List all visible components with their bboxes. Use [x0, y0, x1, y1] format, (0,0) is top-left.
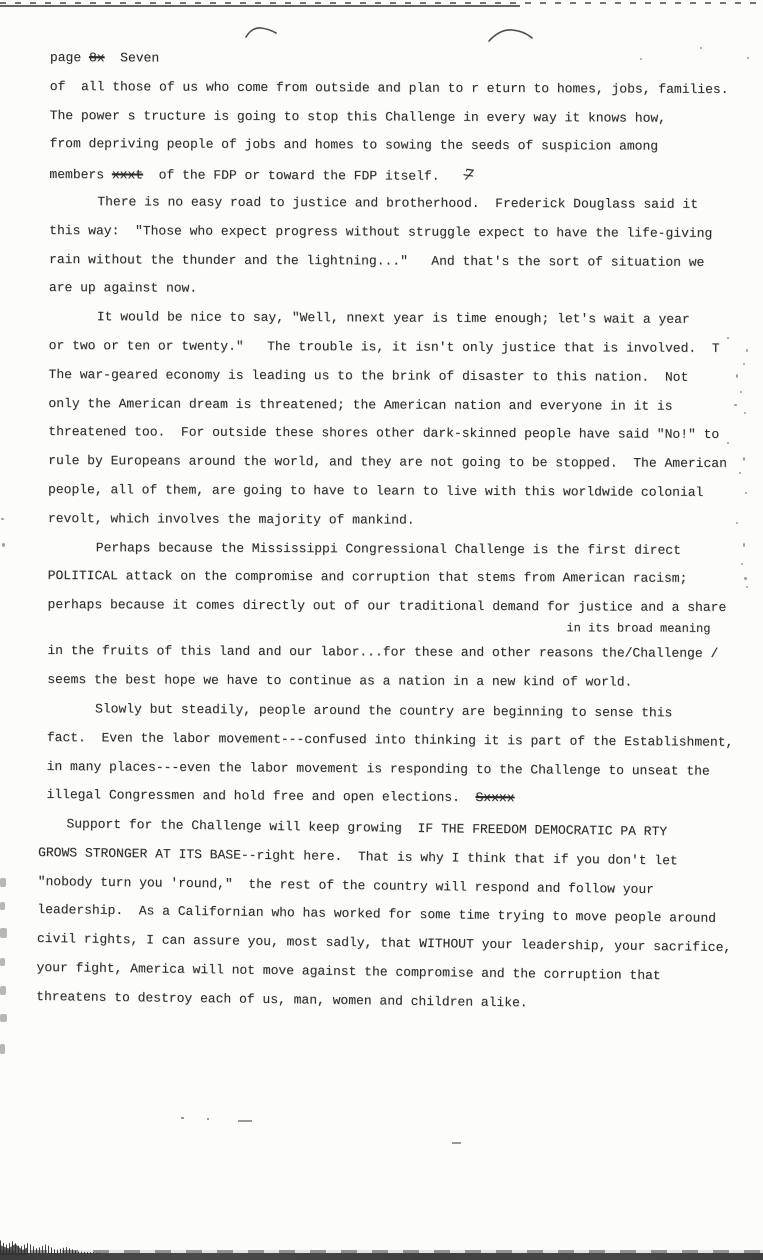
faint-pencil-dash [452, 1142, 461, 1144]
typewritten-text: page 8x Sevenof all those of us who come… [0, 44, 763, 1015]
text-line: revolt, which involves the majority of m… [48, 505, 751, 537]
pen-squiggle-left-icon [243, 24, 281, 42]
text-line: rule by Europeans around the world, and … [48, 447, 751, 479]
scan-speck [743, 457, 745, 461]
text-segment: in the fruits of this land and our labor… [47, 643, 718, 661]
paragraph-6: Support for the Challenge will keep grow… [36, 810, 750, 1021]
text-segment: "nobody turn you 'round," the rest of th… [38, 873, 654, 896]
text-segment: civil rights, I can assure you, most sad… [37, 931, 731, 955]
text-line: from depriving people of jobs and homes … [49, 130, 752, 162]
scan-speck [736, 374, 738, 378]
text-segment: The war-geared economy is leading us to … [49, 367, 689, 385]
left-margin-smudge [0, 902, 5, 910]
paragraph-1: of all those of us who come from outside… [49, 73, 752, 191]
text-line: rain without the thunder and the lightni… [49, 246, 752, 278]
text-segment: Support for the Challenge will keep grow… [66, 816, 667, 839]
text-line: threatened too. For outside these shores… [48, 418, 751, 450]
text-segment: members [49, 167, 111, 182]
faint-pencil-dash [238, 1120, 252, 1122]
header: page 8x Seven [50, 44, 753, 76]
scan-speck [746, 586, 748, 588]
text-line: Perhaps because the Mississippi Congress… [48, 534, 751, 566]
text-segment: Perhaps because the Mississippi Congress… [96, 540, 681, 558]
scan-speck [746, 349, 748, 352]
text-line: The power s tructure is going to stop th… [50, 102, 753, 134]
scan-speck [743, 363, 745, 365]
text-line: seems the best hope we have to continue … [47, 666, 750, 698]
struck-text: xxxt [112, 167, 143, 182]
left-margin-smudge [0, 958, 5, 966]
scan-speck [740, 391, 742, 393]
typewritten-page: page 8x Sevenof all those of us who come… [0, 0, 763, 1260]
text-line: only the American dream is threatened; t… [48, 390, 751, 422]
left-margin-smudge [0, 928, 7, 938]
text-line: illegal Congressmen and hold free and op… [46, 781, 749, 815]
paragraph-5: Slowly but steadily, people around the c… [46, 695, 750, 815]
text-segment: leadership. As a Californian who has wor… [37, 902, 716, 926]
scan-speck [2, 543, 5, 547]
text-line: Slowly but steadily, people around the c… [47, 695, 750, 729]
text-segment: in its broad meaning [566, 621, 710, 636]
top-scan-edge-dashes [0, 2, 763, 4]
text-segment: illegal Congressmen and hold free and op… [46, 787, 475, 805]
scan-speck [739, 472, 741, 474]
scan-speck [734, 404, 737, 406]
text-segment: are up against now. [49, 280, 197, 296]
scan-speck [1, 518, 4, 520]
text-segment: only the American dream is threatened; t… [48, 396, 672, 414]
left-margin-smudge [0, 1014, 7, 1022]
text-segment: It would be nice to say, "Well, nnext ye… [97, 309, 690, 327]
scan-speck [736, 522, 738, 524]
text-line: The war-geared economy is leading us to … [48, 361, 751, 393]
text-line: this way: "Those who expect progress wit… [49, 217, 752, 249]
text-segment: Slowly but steadily, people around the c… [95, 701, 672, 720]
text-line: fact. Even the labor movement---confused… [47, 723, 750, 757]
paragraph-2: There is no easy road to justice and bro… [49, 188, 752, 306]
text-segment: of all those of us who come from outside… [50, 79, 729, 97]
text-segment: revolt, which involves the majority of m… [48, 511, 415, 528]
text-segment: your fight, America will not move agains… [36, 960, 660, 983]
text-line: There is no easy road to justice and bro… [49, 188, 752, 220]
scan-speck [727, 442, 729, 444]
faint-pencil-dash [207, 1118, 209, 1120]
struck-text: 8x [89, 50, 105, 65]
text-line: in the fruits of this land and our labor… [47, 637, 750, 669]
text-segment: rain without the thunder and the lightni… [49, 252, 704, 270]
text-line: It would be nice to say, "Well, nnext ye… [49, 303, 752, 335]
scan-speck [744, 577, 747, 580]
text-segment: in many places---even the labor movement… [47, 758, 710, 778]
text-line: or two or ten or twenty." The trouble is… [49, 332, 752, 364]
paragraph-3: It would be nice to say, "Well, nnext ye… [48, 303, 752, 536]
scan-speck [743, 543, 745, 547]
scan-speck [747, 57, 749, 59]
left-margin-smudge [0, 1044, 5, 1054]
scan-speck [700, 47, 702, 49]
pen-squiggle-right-icon [486, 26, 536, 46]
text-segment: perhaps because it comes directly out of… [48, 597, 727, 615]
text-line: page 8x Seven [50, 44, 753, 76]
text-segment: this way: "Those who expect progress wit… [49, 223, 712, 241]
faint-pencil-dash [181, 1117, 184, 1119]
top-scan-edge-line [0, 5, 520, 7]
text-line: POLITICAL attack on the compromise and c… [48, 562, 751, 594]
text-line: in many places---even the labor movement… [47, 752, 750, 786]
text-segment: people, all of them, are going to have t… [48, 482, 703, 500]
text-segment: or two or ten or twenty." The trouble is… [49, 338, 720, 356]
text-line: are up against now. [49, 274, 752, 306]
text-line: of all those of us who come from outside… [50, 73, 753, 105]
text-segment: fact. Even the labor movement---confused… [47, 729, 734, 749]
text-segment: threatens to destroy each of us, man, wo… [36, 988, 528, 1009]
text-segment: seems the best hope we have to continue … [47, 672, 632, 690]
scan-speck [640, 58, 642, 60]
left-margin-smudge [0, 878, 6, 887]
paragraph-4: Perhaps because the Mississippi Congress… [47, 534, 751, 698]
scan-speck [745, 492, 747, 494]
bottom-scan-band [0, 1253, 763, 1260]
text-line: perhaps because it comes directly out of… [47, 591, 750, 623]
text-segment: There is no easy road to justice and bro… [97, 194, 698, 212]
text-line: people, all of them, are going to have t… [48, 476, 751, 508]
text-segment: rule by Europeans around the world, and … [48, 453, 727, 471]
scan-speck [727, 337, 729, 339]
struck-text: Sxxxx [475, 790, 514, 805]
left-margin-smudge [0, 986, 6, 995]
text-line: members xxxt of the FDP or toward the FD… [49, 159, 752, 191]
text-segment: GROWS STRONGER AT ITS BASE--right here. … [38, 844, 678, 867]
text-segment: The power s tructure is going to stop th… [50, 108, 666, 126]
text-segment: threatened too. For outside these shores… [48, 424, 719, 442]
text-segment: POLITICAL attack on the compromise and c… [48, 568, 688, 586]
scan-speck [744, 412, 746, 414]
text-segment: of the FDP or toward the FDP itself. [143, 168, 463, 184]
struck-text: 7 [461, 160, 475, 190]
text-segment: Seven [105, 50, 160, 65]
text-segment: from depriving people of jobs and homes … [50, 136, 659, 154]
text-segment: page [50, 50, 89, 65]
scan-speck [741, 563, 743, 565]
